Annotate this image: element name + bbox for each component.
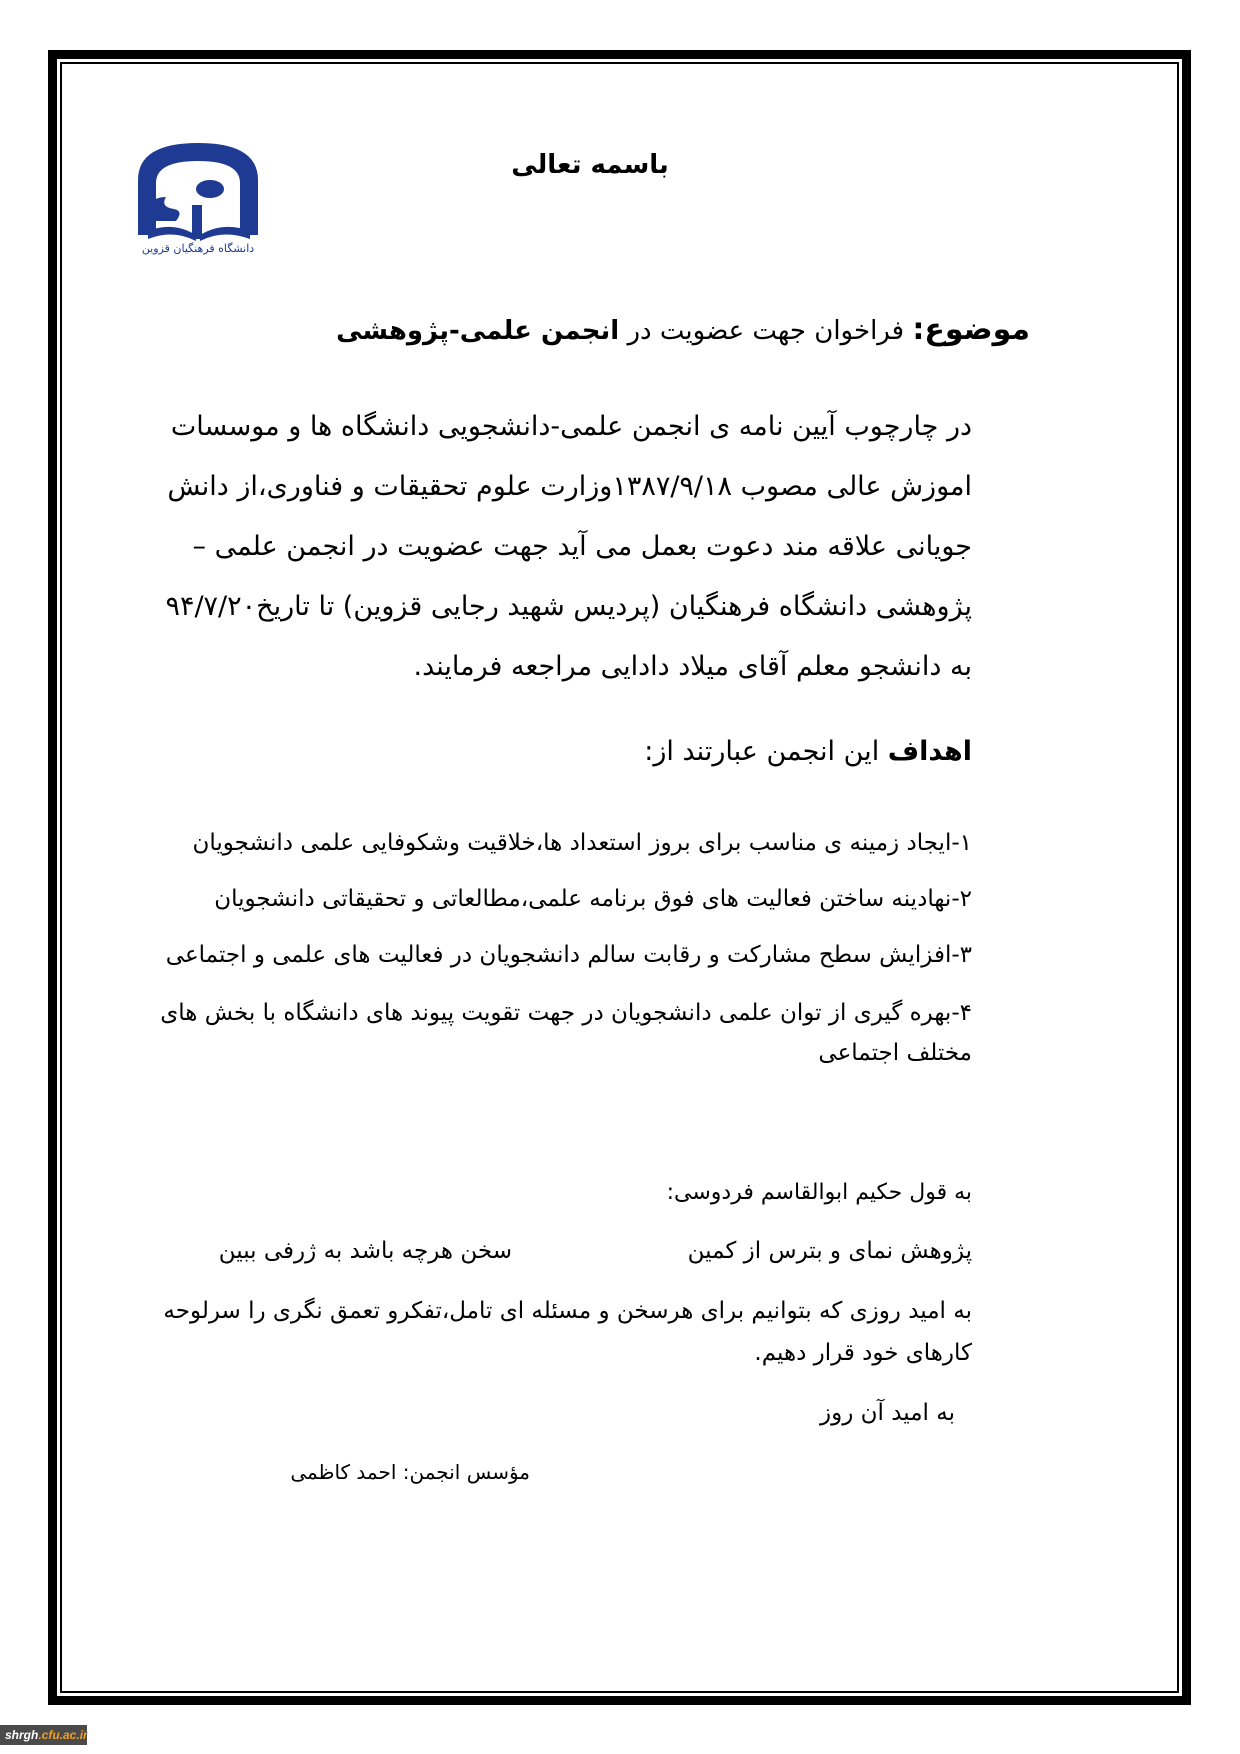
logo-caption: دانشگاه فرهنگیان قزوین (118, 242, 278, 255)
subject-highlight: انجمن علمی-پژوهشی (336, 316, 619, 346)
goals-list: ۱-ایجاد زمینه ی مناسب برای بروز استعداد … (42, 815, 972, 1073)
document-heading: باسمه تعالی (500, 150, 680, 180)
goal-item: ۲-نهادینه ساختن فعالیت های فوق برنامه عل… (42, 871, 972, 927)
goals-heading: اهداف این انجمن عبارتند از: (644, 736, 972, 767)
body-line: در چارچوب آیین نامه ی انجمن علمی-دانشجوی… (47, 397, 972, 457)
goal-item: ۱-ایجاد زمینه ی مناسب برای بروز استعداد … (42, 815, 972, 871)
founder-signature: مؤسس انجمن: احمد کاظمی (290, 1460, 530, 1484)
subject-text: فراخوان جهت عضویت در (627, 316, 904, 346)
verse-second-half: سخن هرچه باشد به ژرفی ببین (219, 1238, 512, 1264)
watermark-part2: .cfu.ac.ir (38, 1728, 87, 1742)
goal-item: ۳-افزایش سطح مشارکت و رقابت سالم دانشجوی… (42, 927, 972, 983)
verse-first-half: پژوهش نمای و بترس از کمین (688, 1238, 972, 1264)
goals-heading-text: این انجمن عبارتند از: (644, 736, 888, 767)
goal-item-line: ۴-بهره گیری از توان علمی دانشجویان در جه… (42, 993, 972, 1033)
quote-intro: به قول حکیم ابوالقاسم فردوسی: (667, 1180, 972, 1205)
goal-item-line: مختلف اجتماعی (42, 1033, 972, 1073)
hope-line: کارهای خود قرار دهیم. (42, 1332, 972, 1374)
body-line: اموزش عالی مصوب ۱۳۸۷/۹/۱۸وزارت علوم تحقی… (47, 457, 972, 517)
hope-line: به امید روزی که بتوانیم برای هرسخن و مسئ… (42, 1290, 972, 1332)
subject-label: موضوع: (912, 312, 1030, 347)
goals-heading-bold: اهداف (888, 736, 972, 767)
body-line: جویانی علاقه مند دعوت بعمل می آید جهت عض… (47, 517, 972, 577)
body-line: پژوهشی دانشگاه فرهنگیان (پردیس شهید رجای… (47, 577, 972, 637)
site-watermark[interactable]: shrgh.cfu.ac.ir (0, 1725, 87, 1745)
body-paragraph: در چارچوب آیین نامه ی انجمن علمی-دانشجوی… (47, 397, 972, 697)
goal-item: ۴-بهره گیری از توان علمی دانشجویان در جه… (42, 993, 972, 1073)
hope-paragraph: به امید روزی که بتوانیم برای هرسخن و مسئ… (42, 1290, 972, 1374)
closing-line: به امید آن روز (820, 1400, 955, 1426)
watermark-part1: shrgh (5, 1728, 38, 1742)
body-line: به دانشجو معلم آقای میلاد دادایی مراجعه … (47, 637, 972, 697)
subject-line: موضوع: فراخوان جهت عضویت در انجمن علمی-پ… (336, 312, 1030, 347)
